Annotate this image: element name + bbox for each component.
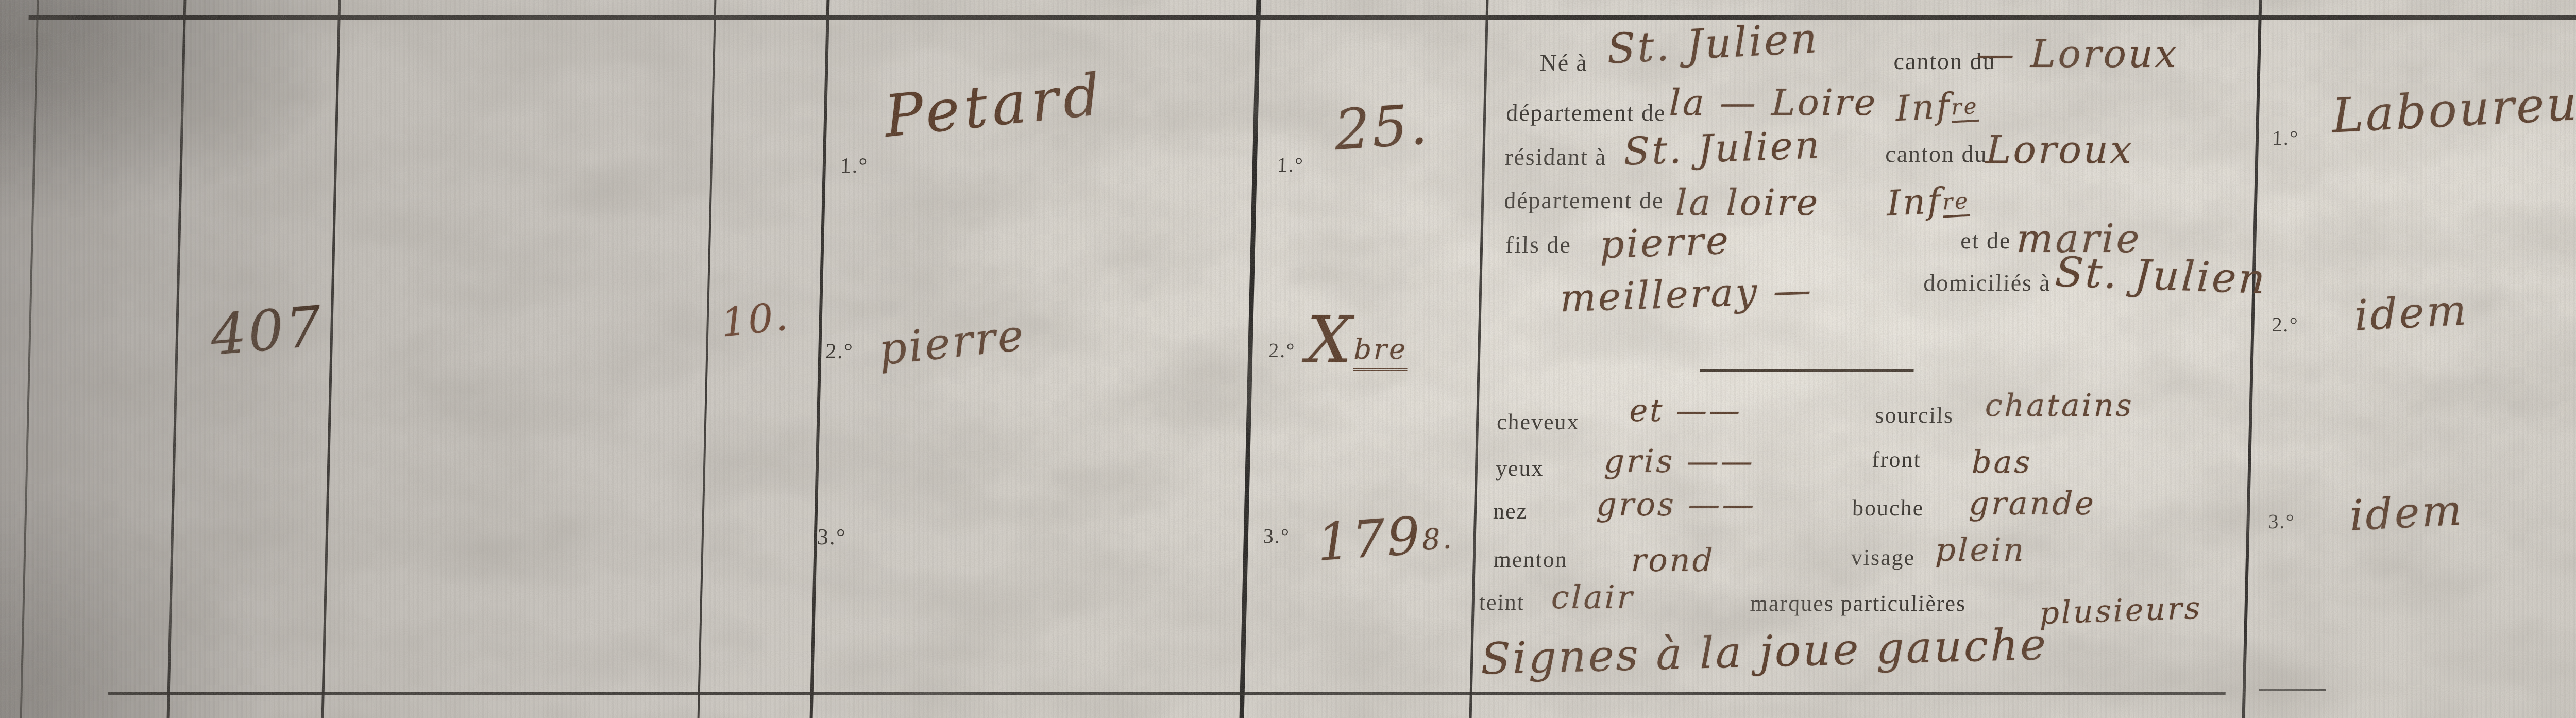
birth-month-main: X xyxy=(1306,303,1355,377)
column-line xyxy=(167,0,187,718)
marks-label: marques particulières xyxy=(1750,590,1967,616)
resident-label: résidant à xyxy=(1505,143,1607,171)
dept2-suffix-sup: re xyxy=(1942,188,1970,218)
mouth-label: bouche xyxy=(1852,495,1924,521)
hair-label: cheveux xyxy=(1497,409,1580,435)
and-of-label: et de xyxy=(1960,227,2011,254)
born-place: St. Julien xyxy=(1606,14,1820,73)
domiciled-label: domiciliés à xyxy=(1923,269,2052,296)
register-number: 407 xyxy=(209,294,325,369)
birth-month-value: Xbre xyxy=(1306,303,1409,377)
domiciled-place: St. Julien xyxy=(2054,248,2268,303)
dept1-suffix-sup: re xyxy=(1951,93,1979,123)
chin-label: menton xyxy=(1493,546,1568,573)
birth-day-ordinal: 1.° xyxy=(1277,153,1304,177)
dept2-suffix-main: Inf xyxy=(1886,181,1943,225)
description-separator-line xyxy=(1700,369,1913,372)
surname-value: Petard xyxy=(882,61,1107,151)
register-table: 407 10. 1.° Petard 2.° pierre 3.° 1.° 25… xyxy=(0,0,2576,718)
conscription-number: 10. xyxy=(719,293,791,345)
column-line xyxy=(321,0,341,718)
profession1-value: Laboureur xyxy=(2331,74,2576,143)
son-of-label: fils de xyxy=(1505,231,1572,258)
birth-year-main: 179 xyxy=(1316,505,1423,573)
dept1-label: département de xyxy=(1506,99,1666,126)
born-label: Né à xyxy=(1539,49,1588,76)
dept1-suffix-main: Inf xyxy=(1895,86,1952,130)
nose-value: gros —— xyxy=(1596,486,1756,523)
marks-value: plusieurs xyxy=(2039,590,2202,632)
face-label: visage xyxy=(1851,544,1916,571)
birth-year-value: 1798. xyxy=(1316,503,1455,573)
profession1-ordinal: 1.° xyxy=(2272,126,2299,150)
mother-surname: meilleray — xyxy=(1560,268,1814,321)
firstname-value: pierre xyxy=(877,309,1027,375)
row-bottom-border-segment xyxy=(2259,689,2326,691)
complexion-label: teint xyxy=(1479,589,1524,615)
row-top-border xyxy=(28,15,2576,20)
name-third-ordinal: 3.° xyxy=(817,524,846,550)
dept2-value: la loire xyxy=(1675,181,1820,224)
birth-month-ordinal: 2.° xyxy=(1268,338,1296,362)
surname-ordinal: 1.° xyxy=(840,154,868,178)
face-value: plein xyxy=(1935,531,2026,569)
firstname-ordinal: 2.° xyxy=(825,339,854,364)
forehead-value: bas xyxy=(1971,444,2032,480)
eyes-value: gris —— xyxy=(1603,442,1755,480)
column-line xyxy=(1240,0,1261,718)
dept1-suffix: Infre xyxy=(1895,85,1979,129)
profession3-value: idem xyxy=(2349,486,2465,540)
dept1-value: la — Loire xyxy=(1669,81,1878,124)
profession3-ordinal: 3.° xyxy=(2268,509,2295,533)
canton2-value: Loroux xyxy=(1986,128,2134,172)
canton1-value: — Loroux xyxy=(1976,32,2179,76)
row-bottom-border xyxy=(108,692,2226,695)
resident-place: St. Julien xyxy=(1623,123,1822,174)
chin-value: rond xyxy=(1631,541,1715,579)
father-name: pierre xyxy=(1600,219,1731,268)
marks-note: Signes à la joue gauche xyxy=(1481,619,2048,684)
column-line xyxy=(2242,0,2262,718)
eyebrows-label: sourcils xyxy=(1875,402,1954,428)
dept2-label: département de xyxy=(1504,187,1664,214)
complexion-value: clair xyxy=(1551,578,1635,616)
mouth-value: grande xyxy=(1969,485,2096,522)
birth-month-suffix: bre xyxy=(1353,333,1408,371)
nose-label: nez xyxy=(1493,498,1528,524)
birth-day-value: 25. xyxy=(1333,92,1431,163)
dept2-suffix: Infre xyxy=(1886,179,1970,224)
profession2-ordinal: 2.° xyxy=(2272,312,2299,337)
register-page-photo: 407 10. 1.° Petard 2.° pierre 3.° 1.° 25… xyxy=(0,0,2576,718)
birth-year-suffix: 8. xyxy=(1421,522,1454,557)
canton2-label: canton du xyxy=(1885,140,1988,168)
birth-year-ordinal: 3.° xyxy=(1263,524,1290,548)
column-line xyxy=(698,0,717,718)
hair-value: et —— xyxy=(1629,393,1742,429)
eyes-label: yeux xyxy=(1495,455,1544,481)
profession2-value: idem xyxy=(2354,286,2469,340)
forehead-label: front xyxy=(1872,446,1922,473)
column-line xyxy=(20,0,39,718)
eyebrows-value: chatains xyxy=(1985,388,2134,424)
